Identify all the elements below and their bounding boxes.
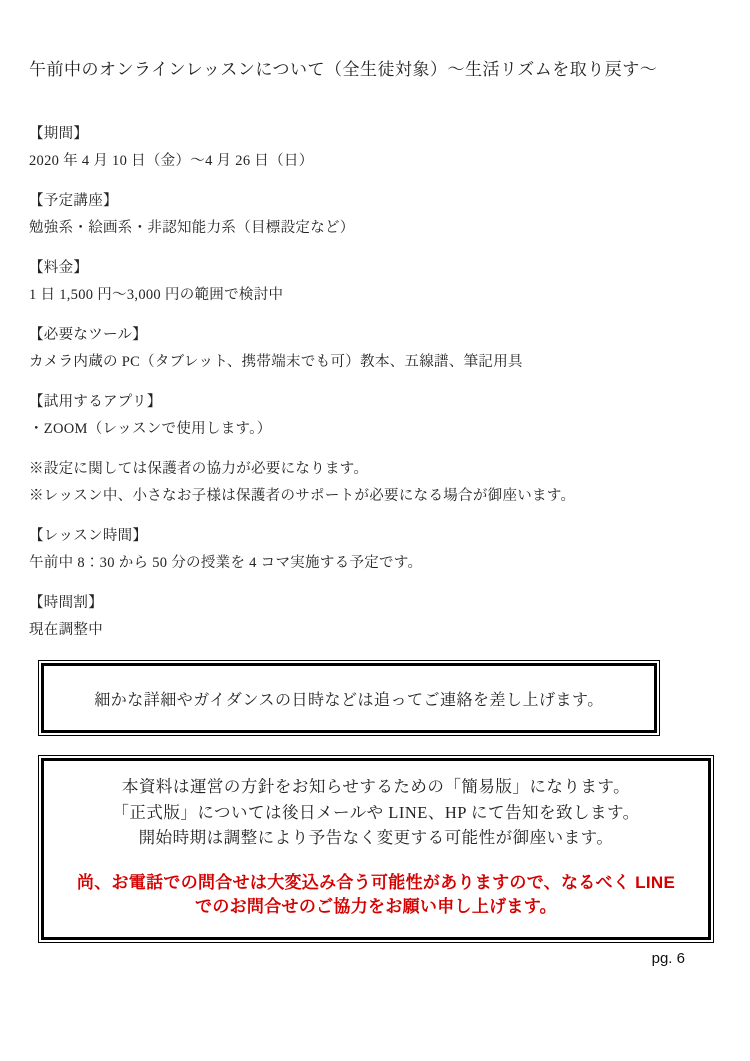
section-label: 【必要なツール】 (29, 322, 714, 349)
section-timetable: 【時間割】 現在調整中 (29, 590, 714, 644)
section-text: ・ZOOM（レッスンで使用します。） (29, 416, 714, 443)
section-planned-courses: 【予定講座】 勉強系・絵画系・非認知能力系（目標設定など） (29, 188, 714, 242)
section-required-tools: 【必要なツール】 カメラ内蔵の PC（タブレット、携帯端末でも可）教本、五線譜、… (29, 322, 714, 376)
notice-line: 開始時期は調整により予告なく変更する可能性が御座います。 (44, 825, 708, 851)
section-label: 【試用するアプリ】 (29, 389, 714, 416)
section-text: 現在調整中 (29, 617, 714, 644)
section-lesson-time: 【レッスン時間】 午前中 8：30 から 50 分の授業を 4 コマ実施する予定… (29, 523, 714, 577)
warning-line: 尚、お電話での問合せは大変込み合う可能性がありますので、なるべく LINE (44, 871, 708, 896)
notice-line: 「正式版」については後日メールや LINE、HP にて告知を致します。 (44, 800, 708, 826)
section-text: カメラ内蔵の PC（タブレット、携帯端末でも可）教本、五線譜、筆記用具 (29, 349, 714, 376)
section-label: 【期間】 (29, 121, 714, 148)
notice-line: 本資料は運営の方針をお知らせするための「簡易版」になります。 (44, 774, 708, 800)
notice-box-details: 本資料は運営の方針をお知らせするための「簡易版」になります。 「正式版」について… (38, 755, 714, 943)
section-fee: 【料金】 1 日 1,500 円〜3,000 円の範囲で検討中 (29, 255, 714, 309)
notice-box-details-inner: 本資料は運営の方針をお知らせするための「簡易版」になります。 「正式版」について… (41, 758, 711, 940)
document-title: 午前中のオンラインレッスンについて（全生徒対象）〜生活リズムを取り戻す〜 (29, 59, 714, 81)
section-text: 勉強系・絵画系・非認知能力系（目標設定など） (29, 215, 714, 242)
document-content: 午前中のオンラインレッスンについて（全生徒対象）〜生活リズムを取り戻す〜 【期間… (0, 0, 750, 967)
section-text: 午前中 8：30 から 50 分の授業を 4 コマ実施する予定です。 (29, 550, 714, 577)
notice-box-details-black-text: 本資料は運営の方針をお知らせするための「簡易版」になります。 「正式版」について… (44, 761, 708, 851)
note-line: ※設定に関しては保護者の協力が必要になります。 (29, 456, 714, 483)
section-label: 【予定講座】 (29, 188, 714, 215)
section-label: 【料金】 (29, 255, 714, 282)
notice-box-contact-inner: 細かな詳細やガイダンスの日時などは追ってご連絡を差し上げます。 (41, 663, 657, 733)
section-period: 【期間】 2020 年 4 月 10 日（金）〜4 月 26 日（日） (29, 121, 714, 175)
section-label: 【レッスン時間】 (29, 523, 714, 550)
caution-notes: ※設定に関しては保護者の協力が必要になります。 ※レッスン中、小さなお子様は保護… (29, 456, 714, 510)
section-label: 【時間割】 (29, 590, 714, 617)
section-app: 【試用するアプリ】 ・ZOOM（レッスンで使用します。） (29, 389, 714, 443)
phone-warning-red-text: 尚、お電話での問合せは大変込み合う可能性がありますので、なるべく LINE での… (44, 871, 708, 920)
warning-line: でのお問合せのご協力をお願い申し上げます。 (44, 895, 708, 920)
section-text: 1 日 1,500 円〜3,000 円の範囲で検討中 (29, 282, 714, 309)
section-text: 2020 年 4 月 10 日（金）〜4 月 26 日（日） (29, 148, 714, 175)
notice-box-contact: 細かな詳細やガイダンスの日時などは追ってご連絡を差し上げます。 (38, 660, 660, 736)
notice-box-contact-text: 細かな詳細やガイダンスの日時などは追ってご連絡を差し上げます。 (94, 687, 603, 710)
document-page: 午前中のオンラインレッスンについて（全生徒対象）〜生活リズムを取り戻す〜 【期間… (0, 0, 750, 1061)
note-line: ※レッスン中、小さなお子様は保護者のサポートが必要になる場合が御座います。 (29, 483, 714, 510)
page-number: pg. 6 (29, 950, 685, 967)
